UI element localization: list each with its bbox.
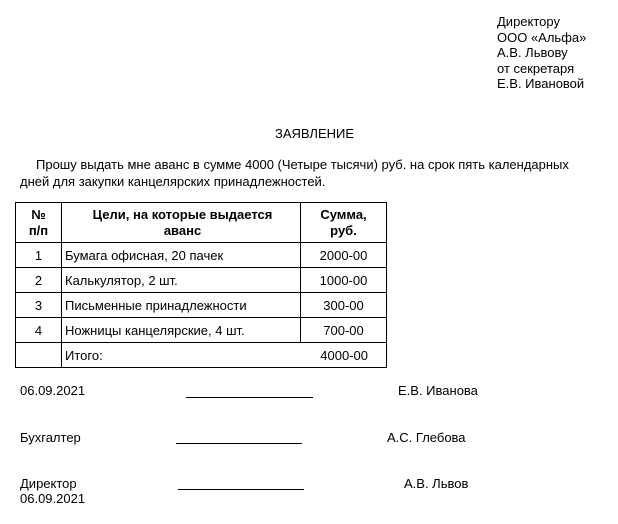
director-name: А.В. Львов xyxy=(404,476,468,491)
director-date: 06.09.2021 xyxy=(20,491,85,506)
addressee-line: ООО «Альфа» xyxy=(497,30,586,46)
table-row: 3 Письменные принадлежности 300-00 xyxy=(16,293,387,318)
body-line: дней для закупки канцелярских принадлежн… xyxy=(20,174,600,191)
row-num: 4 xyxy=(16,318,62,343)
header-text: № xyxy=(31,207,46,222)
total-num-empty xyxy=(16,343,62,368)
director-signature-line xyxy=(178,489,304,490)
addressee-line: Е.В. Ивановой xyxy=(497,76,586,92)
row-purpose: Бумага офисная, 20 пачек xyxy=(62,243,301,268)
table-row: 1 Бумага офисная, 20 пачек 2000-00 xyxy=(16,243,387,268)
row-sum: 2000-00 xyxy=(301,243,387,268)
header-text: п/п xyxy=(29,223,48,238)
applicant-date: 06.09.2021 xyxy=(20,383,85,398)
row-purpose: Калькулятор, 2 шт. xyxy=(62,268,301,293)
table-row: 4 Ножницы канцелярские, 4 шт. 700-00 xyxy=(16,318,387,343)
table-row: 2 Калькулятор, 2 шт. 1000-00 xyxy=(16,268,387,293)
row-purpose: Письменные принадлежности xyxy=(62,293,301,318)
applicant-name: Е.В. Иванова xyxy=(398,383,478,398)
row-sum: 700-00 xyxy=(301,318,387,343)
applicant-signature-line xyxy=(186,397,313,398)
table-header-row: № п/п Цели, на которые выдается аванс Су… xyxy=(16,203,387,243)
document-title: ЗАЯВЛЕНИЕ xyxy=(275,126,354,141)
advance-items-table: № п/п Цели, на которые выдается аванс Су… xyxy=(15,202,387,368)
total-cell: Итого: 4000-00 xyxy=(62,343,387,368)
header-purpose: Цели, на которые выдается аванс xyxy=(62,203,301,243)
total-label: Итого: xyxy=(65,348,103,363)
header-text: Цели, на которые выдается xyxy=(93,207,273,222)
table-total-row: Итого: 4000-00 xyxy=(16,343,387,368)
row-num: 2 xyxy=(16,268,62,293)
header-text: Сумма, xyxy=(320,207,366,222)
addressee-block: Директору ООО «Альфа» А.В. Львову от сек… xyxy=(497,14,586,92)
addressee-line: от секретаря xyxy=(497,61,586,77)
addressee-line: Директору xyxy=(497,14,586,30)
header-num: № п/п xyxy=(16,203,62,243)
header-text: руб. xyxy=(330,223,357,238)
row-num: 3 xyxy=(16,293,62,318)
body-line: Прошу выдать мне аванс в сумме 4000 (Чет… xyxy=(20,157,600,174)
director-role: Директор xyxy=(20,476,77,491)
document-body: Прошу выдать мне аванс в сумме 4000 (Чет… xyxy=(20,157,600,190)
header-text: аванс xyxy=(164,223,201,238)
row-purpose: Ножницы канцелярские, 4 шт. xyxy=(62,318,301,343)
row-num: 1 xyxy=(16,243,62,268)
addressee-line: А.В. Львову xyxy=(497,45,586,61)
accountant-name: А.С. Глебова xyxy=(387,430,466,445)
accountant-signature-line xyxy=(176,443,302,444)
row-sum: 300-00 xyxy=(301,293,387,318)
total-sum: 4000-00 xyxy=(320,348,368,363)
header-sum: Сумма, руб. xyxy=(301,203,387,243)
accountant-role: Бухгалтер xyxy=(20,430,81,445)
row-sum: 1000-00 xyxy=(301,268,387,293)
